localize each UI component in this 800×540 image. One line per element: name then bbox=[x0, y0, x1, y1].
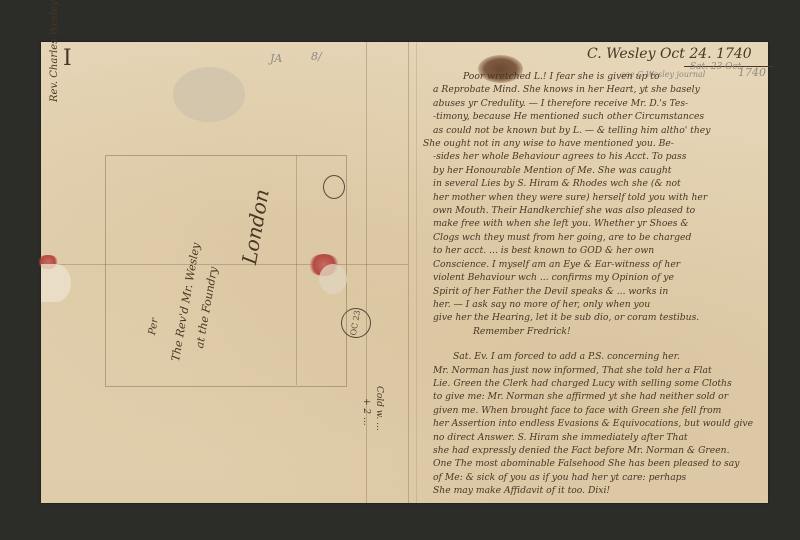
letter-line: Clogs wch they must from her going, are … bbox=[433, 231, 763, 244]
letter-body: Poor wretched L.! I fear she is given up… bbox=[433, 70, 763, 498]
margin-note: Rev. Charles Wesley bbox=[49, 0, 60, 102]
letter-line: She ought not in any wise to have mentio… bbox=[423, 137, 763, 150]
docket: C. Wesley Oct 24. 1740 bbox=[587, 46, 752, 62]
side-note-2: + 2 ... bbox=[361, 398, 371, 426]
margin-mark: I bbox=[63, 46, 72, 71]
letter-line: in several Lies by S. Hiram & Rhodes wch… bbox=[433, 177, 763, 190]
letter-line: own Mouth. Their Handkerchief she was al… bbox=[433, 204, 763, 217]
ps-line: no direct Answer. S. Hiram she immediate… bbox=[433, 431, 763, 444]
ps-line: to give me: Mr. Norman she affirmed yt s… bbox=[433, 390, 763, 403]
letter-line: to her acct. ... is best known to GOD & … bbox=[433, 244, 763, 257]
letter-line: her. — I ask say no more of her, only wh… bbox=[433, 298, 763, 311]
ps-line: she had expressly denied the Fact before… bbox=[433, 444, 763, 457]
letter-line: give her the Hearing, let it be sub dio,… bbox=[433, 311, 763, 324]
letter-line: by her Honourable Mention of Me. She was… bbox=[433, 164, 763, 177]
postmark-small bbox=[323, 175, 345, 199]
ps-line: Lie. Green the Clerk had charged Lucy wi… bbox=[433, 377, 763, 390]
letter-line: Conscience. I myself am an Eye & Ear-wit… bbox=[433, 258, 763, 271]
letter-line: -timony, because He mentioned such other… bbox=[433, 110, 763, 123]
ps-line: Sat. Ev. I am forced to add a P.S. conce… bbox=[433, 350, 763, 363]
pencil-ref: JA bbox=[270, 52, 282, 65]
ps-line: She may make Affidavit of it too. Dixi! bbox=[433, 484, 763, 497]
letter-line: as could not be known but by L. — & tell… bbox=[433, 124, 763, 137]
letter-line: violent Behaviour wch ... confirms my Op… bbox=[433, 271, 763, 284]
letter-line: Spirit of her Father the Devil speaks & … bbox=[433, 285, 763, 298]
center-fold-edge bbox=[416, 42, 417, 503]
letter-line: make free with when she left you. Whethe… bbox=[433, 217, 763, 230]
letter-line: Poor wretched L.! I fear she is given up… bbox=[433, 70, 763, 83]
ps-line: given me. When brought face to face with… bbox=[433, 404, 763, 417]
seal-tear-2 bbox=[319, 264, 347, 294]
ps-line: of Me: & sick of you as if you had her y… bbox=[433, 471, 763, 484]
pencil-ref-2: 8/ bbox=[311, 50, 322, 63]
letter-line: her mother when they were sure) herself … bbox=[433, 191, 763, 204]
ps-line: Mr. Norman has just now informed, That s… bbox=[433, 364, 763, 377]
letter-line: -sides her whole Behaviour agrees to his… bbox=[433, 150, 763, 163]
water-stain bbox=[173, 67, 245, 122]
inner-fold bbox=[296, 155, 297, 385]
seal-tear bbox=[41, 264, 71, 302]
letter-line: abuses yr Credulity. — I therefore recei… bbox=[433, 97, 763, 110]
center-fold bbox=[408, 42, 409, 503]
letter-closing: Remember Fredrick! bbox=[433, 325, 763, 338]
side-note: Cold w. ... bbox=[374, 386, 384, 431]
horizontal-fold bbox=[41, 264, 408, 265]
letter-line: a Reprobate Mind. She knows in her Heart… bbox=[433, 83, 763, 96]
ps-line: her Assertion into endless Evasions & Eq… bbox=[433, 417, 763, 430]
side-fold bbox=[366, 42, 367, 503]
postscript: Sat. Ev. I am forced to add a P.S. conce… bbox=[433, 350, 763, 497]
ps-line: One The most abominable Falsehood She ha… bbox=[433, 457, 763, 470]
